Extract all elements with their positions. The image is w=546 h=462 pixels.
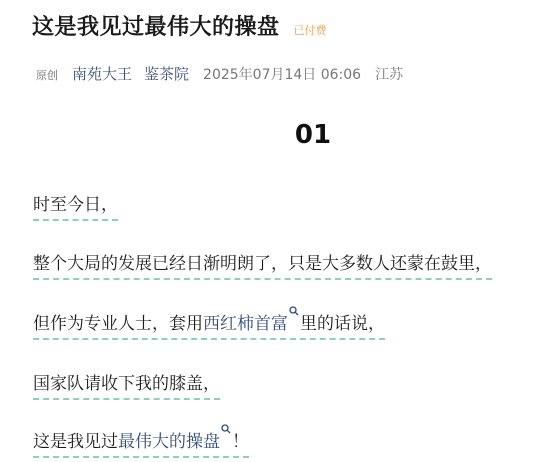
paid-badge: 已付费 [294, 22, 327, 38]
paragraph-text: ！ [232, 432, 249, 452]
paragraph-5: 这是我见过最伟大的操盘！ [33, 427, 249, 452]
paragraph-1: 时至今日， [33, 190, 118, 215]
paragraph-3: 但作为专业人士，套用西红柿首富里的话说， [33, 309, 385, 334]
original-tag: 原创 [36, 67, 58, 83]
article-meta: 原创 南苑大王 鉴茶院 2025年07月14日 06:06 江苏 [36, 63, 403, 84]
search-link-greatest-operation[interactable]: 最伟大的操盘 [118, 432, 220, 452]
paragraph-4: 国家队请收下我的膝盖， [33, 369, 220, 394]
search-icon[interactable] [221, 427, 231, 441]
paragraph-text: 但作为专业人士，套用 [33, 314, 203, 334]
publish-location: 江苏 [375, 64, 403, 84]
paragraph-text: 国家队请收下我的膝盖， [33, 374, 220, 400]
title-row: 这是我见过最伟大的操盘 已付费 [32, 10, 327, 41]
section-number: 01 [0, 120, 546, 150]
paragraph-text: 这是我见过 [33, 432, 118, 452]
publish-datetime: 2025年07月14日 06:06 [203, 64, 361, 84]
column-link[interactable]: 鉴茶院 [144, 63, 189, 84]
paragraph-text: 整个大局的发展已经日渐明朗了，只是大多数人还蒙在鼓里， [33, 254, 492, 280]
article-title: 这是我见过最伟大的操盘 [32, 10, 280, 41]
paragraph-2: 整个大局的发展已经日渐明朗了，只是大多数人还蒙在鼓里， [33, 249, 492, 274]
paragraph-text: 里的话说， [300, 314, 385, 334]
paragraph-text: 时至今日， [33, 195, 118, 221]
search-link-xihongshi[interactable]: 西红柿首富 [203, 314, 288, 334]
search-icon[interactable] [289, 309, 299, 323]
author-link[interactable]: 南苑大王 [72, 63, 132, 84]
